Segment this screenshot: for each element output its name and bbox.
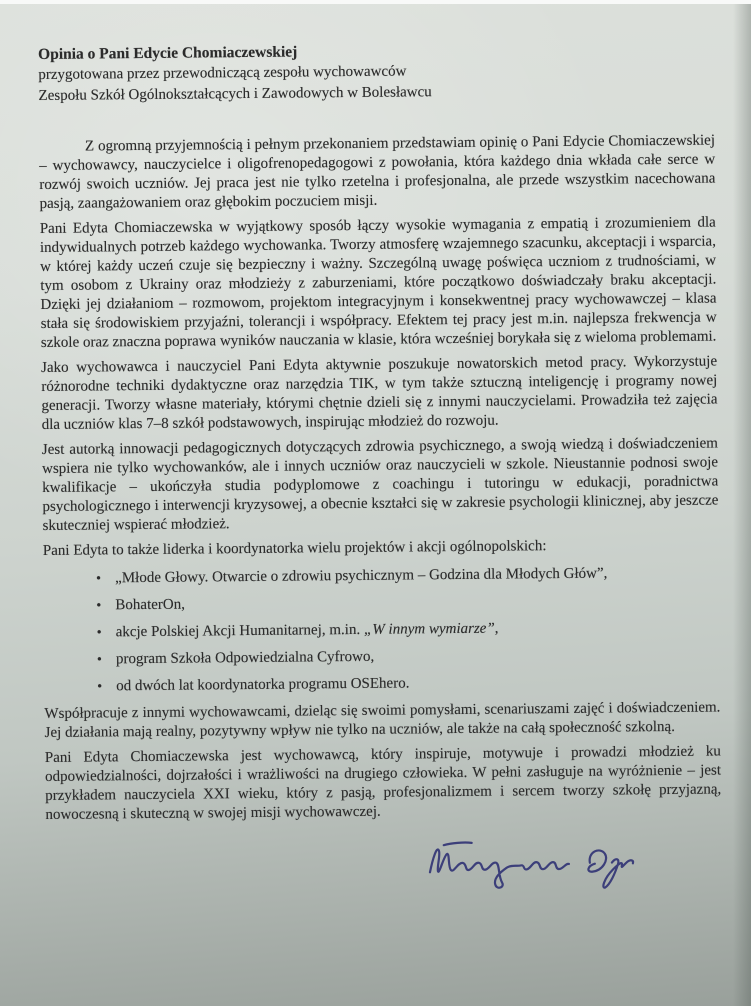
- document-header: Opinia o Pani Edycie Chomiaczewskiej prz…: [38, 38, 715, 107]
- list-item-text: ,: [495, 621, 499, 637]
- list-item-italic-text: „W innym wymiarze”: [364, 621, 495, 638]
- paragraph-cooperation: Współpracuje z innymi wychowawcami, dzie…: [44, 698, 720, 742]
- list-item-text: od dwóch lat koordynatorka programu OSEh…: [116, 675, 409, 694]
- list-item-text: BohaterOn,: [115, 597, 185, 614]
- paragraph-introduction: Z ogromną przyjemnością i pełnym przekon…: [39, 132, 716, 214]
- projects-list: „Młode Głowy. Otwarcie o zdrowiu psychic…: [43, 563, 720, 696]
- paragraph-empathy: Pani Edyta Chomiaczewska w wyjątkowy spo…: [40, 214, 717, 353]
- list-intro: Pani Edyta to także liderka i koordynato…: [43, 535, 719, 560]
- paragraph-methods: Jako wychowawca i nauczyciel Pani Edyta …: [41, 352, 718, 434]
- scan-top-edge: [0, 0, 751, 4]
- scanned-document-photo: Opinia o Pani Edycie Chomiaczewskiej prz…: [0, 0, 751, 1006]
- signature-block: [46, 831, 723, 907]
- list-item: BohaterOn,: [115, 590, 719, 615]
- list-item: akcje Polskiej Akcji Humanitarnej, m.in.…: [116, 617, 720, 642]
- list-item: od dwóch lat koordynatorka programu OSEh…: [116, 671, 720, 696]
- paragraph-conclusion: Pani Edyta Chomiaczewska jest wychowawcą…: [45, 742, 722, 824]
- list-item-text: program Szkoła Odpowiedzialna Cyfrowo,: [116, 649, 374, 667]
- list-item-text: „Młode Głowy. Otwarcie o zdrowiu psychic…: [115, 566, 607, 587]
- list-item-text: akcje Polskiej Akcji Humanitarnej, m.in.: [116, 622, 364, 640]
- list-item: „Młode Głowy. Otwarcie o zdrowiu psychic…: [115, 563, 719, 588]
- document-page: Opinia o Pani Edycie Chomiaczewskiej prz…: [38, 38, 722, 908]
- paragraph-qualifications: Jest autorką innowacji pedagogicznych do…: [42, 434, 719, 535]
- handwritten-signature: [420, 832, 671, 898]
- list-item: program Szkoła Odpowiedzialna Cyfrowo,: [116, 644, 720, 669]
